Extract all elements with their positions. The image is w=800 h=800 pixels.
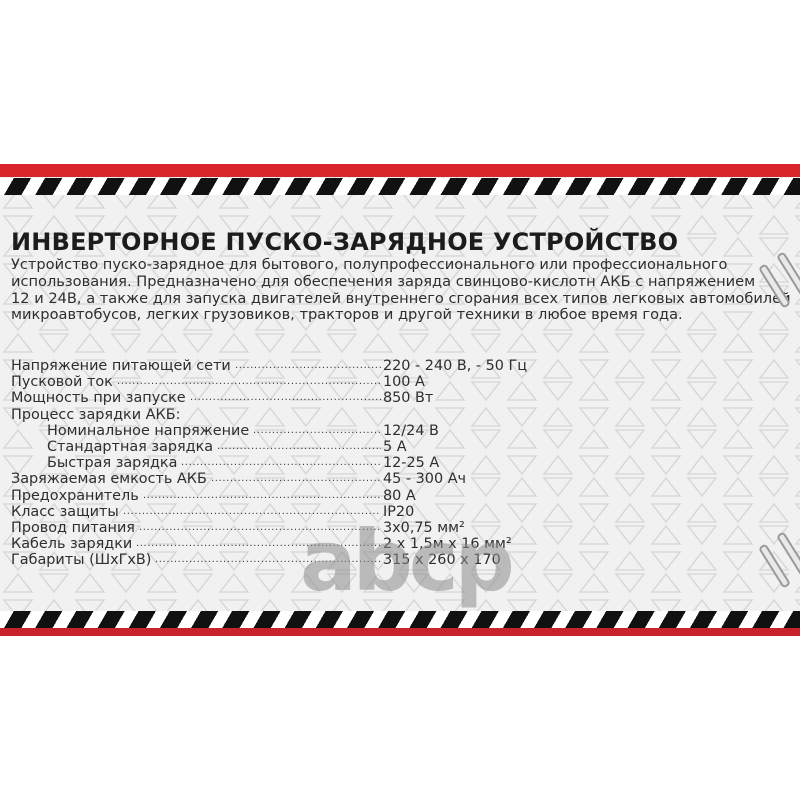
top-hazard-stripes: [0, 178, 800, 195]
watermark-logo: abcp: [300, 512, 511, 610]
product-title: ИНВЕРТОРНОЕ ПУСКО-ЗАРЯДНОЕ УСТРОЙСТВО: [11, 228, 678, 256]
spec-label: Кабель зарядки: [11, 536, 132, 552]
leader-dots: ........................................…: [117, 374, 381, 390]
spec-label: Напряжение питающей сети: [11, 358, 231, 374]
bottom-red-border: [0, 628, 800, 636]
spec-label: Номинальное напряжение: [11, 423, 249, 439]
spec-value: 80 А: [383, 488, 416, 504]
leader-dots: ........................................…: [190, 390, 381, 406]
spec-value: 850 Вт: [383, 390, 433, 406]
product-description: Устройство пуско-зарядное для бытового, …: [11, 257, 800, 324]
leader-dots: ........................................…: [143, 488, 381, 504]
spec-label: Заряжаемая емкость АКБ: [11, 471, 207, 487]
spec-label: Пусковой ток: [11, 374, 113, 390]
spec-row: Номинальное напряжение..................…: [11, 423, 571, 439]
spec-label: Быстрая зарядка: [11, 455, 177, 471]
spec-value: 5 А: [383, 439, 407, 455]
leader-dots: ........................................…: [211, 471, 381, 487]
spec-label: Стандартная зарядка: [11, 439, 213, 455]
leader-dots: ........................................…: [181, 455, 381, 471]
leader-dots: ........................................…: [253, 423, 381, 439]
spec-value: 12-25 А: [383, 455, 439, 471]
leader-dots: ........................................…: [235, 358, 381, 374]
spec-label: Процесс зарядки АКБ:: [11, 407, 180, 423]
spec-label: Мощность при запуске: [11, 390, 186, 406]
spec-row: Стандартная зарядка.....................…: [11, 439, 571, 455]
spec-value: 45 - 300 Ач: [383, 471, 466, 487]
spec-row: Заряжаемая емкость АКБ..................…: [11, 471, 571, 487]
spec-value: 12/24 В: [383, 423, 439, 439]
spec-row: Напряжение питающей сети................…: [11, 358, 571, 374]
leader-dots: ........................................…: [217, 439, 381, 455]
spec-row: Быстрая зарядка.........................…: [11, 455, 571, 471]
top-red-border: [0, 164, 800, 177]
spec-value: 220 - 240 В, - 50 Гц: [383, 358, 527, 374]
description-line: использования. Предназначено для обеспеч…: [11, 274, 800, 291]
spec-label: Габариты (ШхГхВ): [11, 552, 151, 568]
spec-row: Предохранитель..........................…: [11, 488, 571, 504]
spec-label: Предохранитель: [11, 488, 139, 504]
spec-value: 100 А: [383, 374, 425, 390]
spec-label: Провод питания: [11, 520, 135, 536]
spec-row: Процесс зарядки АКБ:: [11, 407, 571, 423]
description-line: микроавтобусов, легких грузовиков, тракт…: [11, 307, 800, 324]
bottom-hazard-stripes: [0, 611, 800, 628]
spec-row: Пусковой ток............................…: [11, 374, 571, 390]
description-line: Устройство пуско-зарядное для бытового, …: [11, 257, 800, 274]
description-line: 12 и 24В, а также для запуска двигателей…: [11, 291, 800, 308]
spec-row: Мощность при запуске....................…: [11, 390, 571, 406]
spec-label: Класс защиты: [11, 504, 119, 520]
